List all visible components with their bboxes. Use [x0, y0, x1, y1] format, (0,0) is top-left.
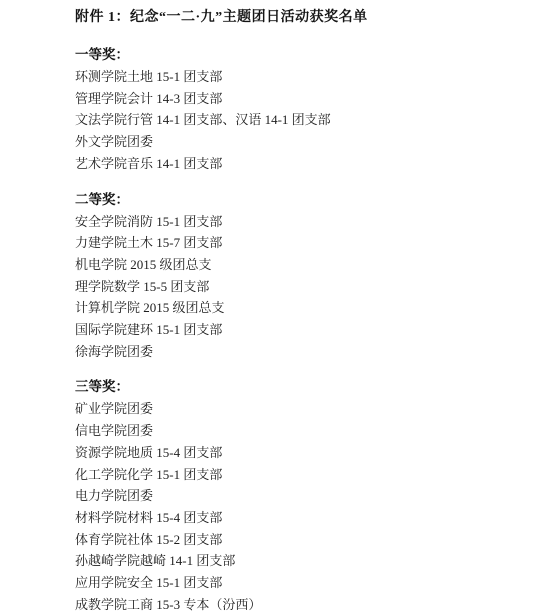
award-item: 信电学院团委: [75, 420, 509, 442]
award-item: 电力学院团委: [75, 485, 509, 507]
award-item: 计算机学院 2015 级团总支: [75, 297, 509, 319]
award-item: 资源学院地质 15-4 团支部: [75, 442, 509, 464]
award-item-list: 环测学院土地 15-1 团支部管理学院会计 14-3 团支部文法学院行管 14-…: [75, 66, 509, 175]
award-item: 徐海学院团委: [75, 341, 509, 363]
award-tier-heading: 一等奖：: [75, 44, 509, 66]
award-item-list: 矿业学院团委信电学院团委资源学院地质 15-4 团支部化工学院化学 15-1 团…: [75, 398, 509, 615]
award-sections: 一等奖： 环测学院土地 15-1 团支部管理学院会计 14-3 团支部文法学院行…: [75, 44, 509, 615]
award-item: 体育学院社体 15-2 团支部: [75, 529, 509, 551]
award-item: 化工学院化学 15-1 团支部: [75, 464, 509, 486]
award-item: 国际学院建环 15-1 团支部: [75, 319, 509, 341]
document-page: 附件 1：纪念“一二·九”主题团日活动获奖名单 一等奖： 环测学院土地 15-1…: [0, 0, 539, 616]
award-item: 安全学院消防 15-1 团支部: [75, 211, 509, 233]
award-tier-heading: 三等奖：: [75, 376, 509, 398]
award-tier-heading: 二等奖：: [75, 189, 509, 211]
award-item: 矿业学院团委: [75, 398, 509, 420]
award-item: 外文学院团委: [75, 131, 509, 153]
award-item: 孙越崎学院越崎 14-1 团支部: [75, 550, 509, 572]
award-item: 成教学院工商 15-3 专本（汾西）: [75, 594, 509, 616]
award-section: 二等奖： 安全学院消防 15-1 团支部力建学院土木 15-7 团支部机电学院 …: [75, 189, 509, 363]
award-section: 三等奖： 矿业学院团委信电学院团委资源学院地质 15-4 团支部化工学院化学 1…: [75, 376, 509, 615]
page-title: 附件 1：纪念“一二·九”主题团日活动获奖名单: [75, 6, 509, 30]
award-item: 艺术学院音乐 14-1 团支部: [75, 153, 509, 175]
award-item: 应用学院安全 15-1 团支部: [75, 572, 509, 594]
award-item: 管理学院会计 14-3 团支部: [75, 88, 509, 110]
award-item: 机电学院 2015 级团总支: [75, 254, 509, 276]
award-item-list: 安全学院消防 15-1 团支部力建学院土木 15-7 团支部机电学院 2015 …: [75, 211, 509, 363]
award-item: 材料学院材料 15-4 团支部: [75, 507, 509, 529]
award-item: 环测学院土地 15-1 团支部: [75, 66, 509, 88]
award-item: 理学院数学 15-5 团支部: [75, 276, 509, 298]
award-item: 文法学院行管 14-1 团支部、汉语 14-1 团支部: [75, 109, 509, 131]
award-item: 力建学院土木 15-7 团支部: [75, 232, 509, 254]
award-section: 一等奖： 环测学院土地 15-1 团支部管理学院会计 14-3 团支部文法学院行…: [75, 44, 509, 175]
